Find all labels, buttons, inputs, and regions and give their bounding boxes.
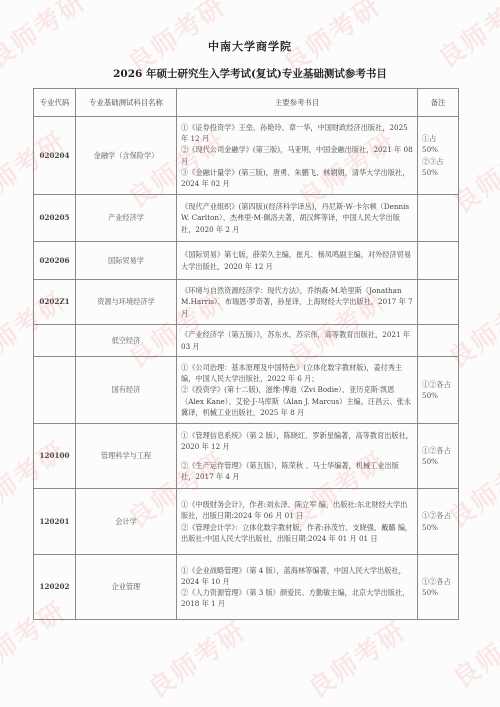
- major-code: 020205: [34, 195, 76, 242]
- major-code: 120202: [34, 555, 76, 620]
- reference-item: ①《公司治理：基本原理及中国特色》(立体化数字教材版)，姜付秀主编，中国人民大学…: [181, 362, 413, 384]
- watermark: 良师考研: [140, 611, 253, 706]
- table-row: 国有经济 ①《公司治理：基本原理及中国特色》(立体化数字教材版)，姜付秀主编，中…: [34, 357, 459, 424]
- major-code: 0202Z1: [34, 280, 76, 325]
- major-code: 020204: [34, 117, 76, 195]
- table-row: 120201 会计学 ①《中级财务会计》，作者:刘永泽、陈立军 编，出版社:东北…: [34, 489, 459, 555]
- table-row: 020205 产业经济学 《现代产业组织》(第四版)(经济科学译丛)，丹尼斯·W…: [34, 195, 459, 242]
- note: ①占 50% ②③占 50%: [418, 117, 459, 195]
- note: ①②各占 50%: [418, 424, 459, 489]
- major-code: 120201: [34, 489, 76, 555]
- table-row: 020204 金融学（含保险学） ①《证券投资学》王垒、孙艳玲、章一华，中国财政…: [34, 117, 459, 195]
- table-row: 0202Z1 资源与环境经济学 《环境与自然资源经济学：现代方法》，乔纳森·M.…: [34, 280, 459, 325]
- major-code: 020206: [34, 242, 76, 280]
- reference-list: ①《管理信息系统》（第 2 版），陈晓红、罗新星编著，高等教育出版社，2020 …: [177, 424, 418, 489]
- note: ①②各占 50%: [418, 357, 459, 424]
- reference-item: ②《投资学》(第十二版)，滋维·博迪（Zvi Bodie）、亚历克斯·凯恩（Al…: [181, 384, 413, 417]
- header-code: 专业代码: [34, 89, 76, 117]
- table-row: 120100 管理科学与工程 ①《管理信息系统》（第 2 版），陈晓红、罗新星编…: [34, 424, 459, 489]
- header-subject: 专业基础测试科目名称: [76, 89, 177, 117]
- reference-item: ②《生产运作管理》（第五版），陈荣秋 、马士华编著，机械工业出版社，2017 年…: [181, 460, 413, 482]
- reference-list: ①《公司治理：基本原理及中国特色》(立体化数字教材版)，姜付秀主编，中国人民大学…: [177, 357, 418, 424]
- major-code: 120100: [34, 424, 76, 489]
- subject-name: 资源与环境经济学: [76, 280, 177, 325]
- table-row: 120202 企业管理 ①《企业战略管理》（第 4 版），蓝海林等编著，中国人民…: [34, 555, 459, 620]
- reference-item: 《国际贸易》第七版，薛荣久主编，崔凡、杨凤鸣副主编，对外经济贸易大学出版社，20…: [181, 249, 413, 271]
- note: [418, 195, 459, 242]
- document-title: 中南大学商学院: [0, 38, 500, 54]
- reference-item: ①《管理信息系统》（第 2 版），陈晓红、罗新星编著，高等教育出版社，2020 …: [181, 430, 413, 452]
- reference-item: ③《金融计量学》(第三版)，唐勇、朱鹏飞、林娟娟，清华大学出版社，2024 年 …: [181, 167, 413, 189]
- reference-item: 《产业经济学（第五版）》，苏东水、苏宗伟，高等教育出版社，2021 年 03 月: [181, 329, 413, 351]
- reference-item: ②《现代公司金融学》(第三版)，马亚明，中国金融出版社，2021 年 08 月: [181, 144, 413, 166]
- subject-name: 国有经济: [76, 357, 177, 424]
- reference-list: ①《证券投资学》王垒、孙艳玲、章一华，中国财政经济出版社，2025 年 12 月…: [177, 117, 418, 195]
- subject-name: 产业经济学: [76, 195, 177, 242]
- header-references: 主要参考书目: [177, 89, 418, 117]
- subject-name: 低空经济: [76, 325, 177, 357]
- reference-list: 《环境与自然资源经济学：现代方法》，乔纳森·M.哈里斯（Jonathan M.H…: [177, 280, 418, 325]
- major-code: [34, 325, 76, 357]
- reference-item: ②《人力资源管理》（第 3 版）颜爱民、方勤敏主编，北京大学出版社，2018 年…: [181, 587, 413, 609]
- document-subtitle: 2026 年硕士研究生入学考试(复试)专业基础测试参考书目: [0, 66, 500, 81]
- subject-name: 管理科学与工程: [76, 424, 177, 489]
- note: ①②各占 50%: [418, 489, 459, 555]
- subject-name: 国际贸易学: [76, 242, 177, 280]
- reference-books-table: 专业代码 专业基础测试科目名称 主要参考书目 备注 020204 金融学（含保险…: [33, 88, 459, 620]
- table-header-row: 专业代码 专业基础测试科目名称 主要参考书目 备注: [34, 89, 459, 117]
- header-note: 备注: [418, 89, 459, 117]
- spacer: [181, 453, 413, 460]
- reference-item: 《环境与自然资源经济学：现代方法》，乔纳森·M.哈里斯（Jonathan M.H…: [181, 285, 413, 318]
- reference-item: 《现代产业组织》(第四版)(经济科学译丛)，丹尼斯·W·卡尔顿（Dennis W…: [181, 201, 413, 234]
- subject-name: 企业管理: [76, 555, 177, 620]
- subject-name: 金融学（含保险学）: [76, 117, 177, 195]
- major-code: [34, 357, 76, 424]
- watermark: 良师考研: [300, 611, 413, 706]
- note: ①②各占 50%: [418, 555, 459, 620]
- reference-list: 《产业经济学（第五版）》，苏东水、苏宗伟，高等教育出版社，2021 年 03 月: [177, 325, 418, 357]
- reference-item: ①《中级财务会计》，作者:刘永泽、陈立军 编，出版社:东北财经大学出版社，出版日…: [181, 499, 413, 521]
- reference-list: ①《企业战略管理》（第 4 版），蓝海林等编著，中国人民大学出版社，2024 年…: [177, 555, 418, 620]
- reference-list: ①《中级财务会计》，作者:刘永泽、陈立军 编，出版社:东北财经大学出版社，出版日…: [177, 489, 418, 555]
- note: [418, 325, 459, 357]
- reference-list: 《现代产业组织》(第四版)(经济科学译丛)，丹尼斯·W·卡尔顿（Dennis W…: [177, 195, 418, 242]
- reference-item: ①《企业战略管理》（第 4 版），蓝海林等编著，中国人民大学出版社，2024 年…: [181, 565, 413, 587]
- subject-name: 会计学: [76, 489, 177, 555]
- table-row: 020206 国际贸易学 《国际贸易》第七版，薛荣久主编，崔凡、杨凤鸣副主编，对…: [34, 242, 459, 280]
- reference-item: ①《证券投资学》王垒、孙艳玲、章一华，中国财政经济出版社，2025 年 12 月: [181, 122, 413, 144]
- reference-list: 《国际贸易》第七版，薛荣久主编，崔凡、杨凤鸣副主编，对外经济贸易大学出版社，20…: [177, 242, 418, 280]
- note: [418, 242, 459, 280]
- table-row: 低空经济 《产业经济学（第五版）》，苏东水、苏宗伟，高等教育出版社，2021 年…: [34, 325, 459, 357]
- note: [418, 280, 459, 325]
- reference-item: ②《管理会计学》：立体化数字教材版，作者:孙茂竹、支晓强、戴璐 编，出版社:中国…: [181, 522, 413, 544]
